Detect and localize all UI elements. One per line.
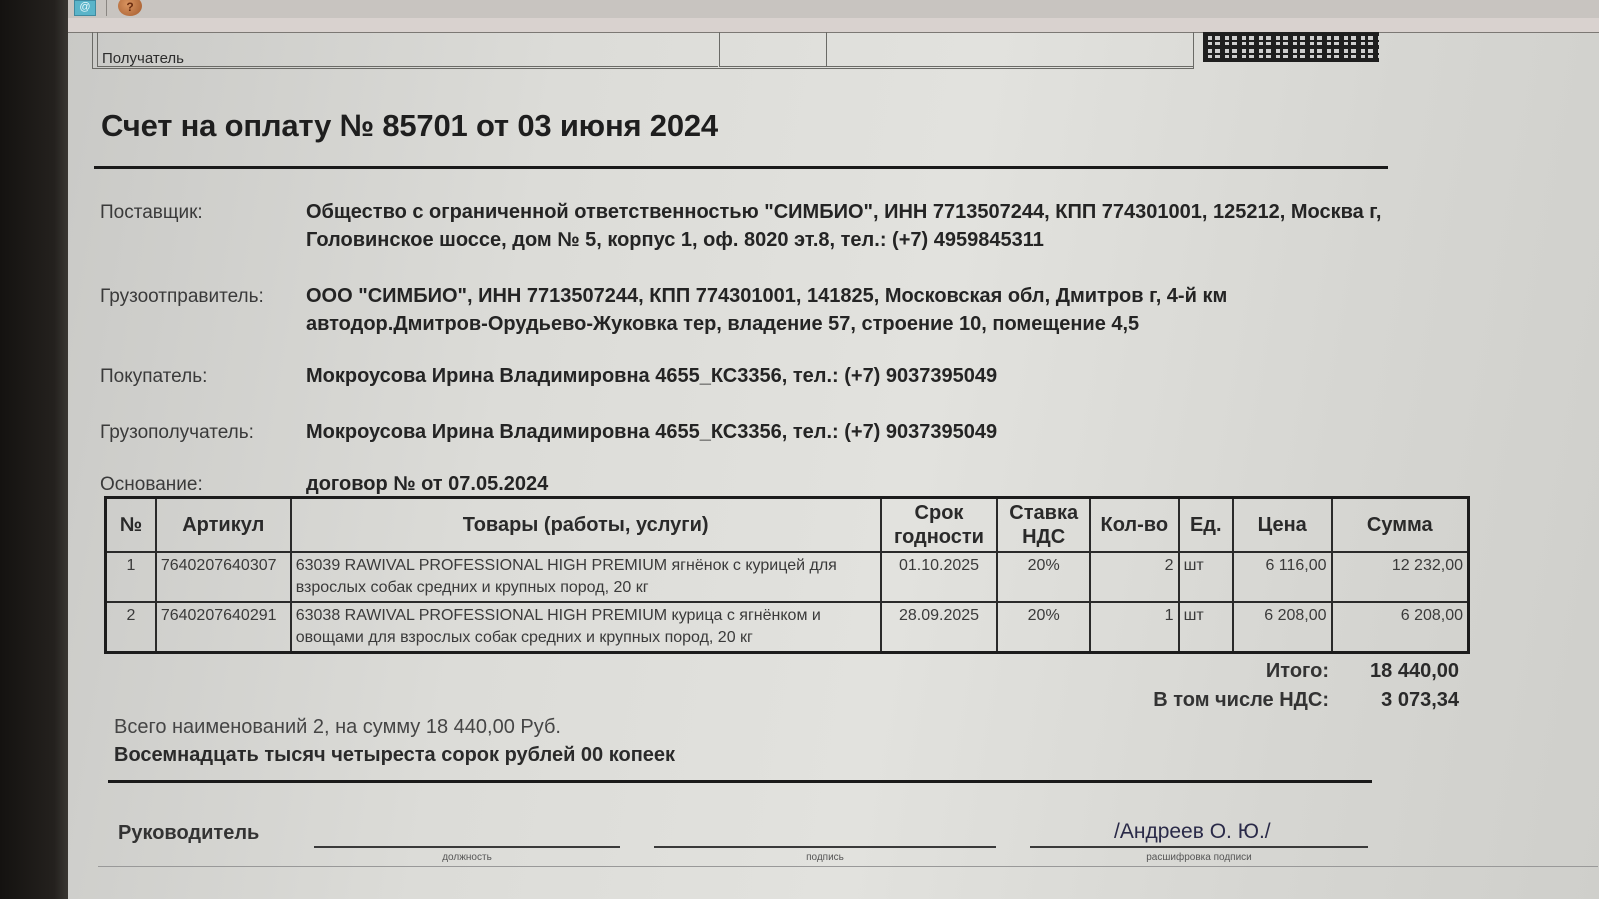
title-divider: [94, 166, 1388, 169]
director-label: Руководитель: [118, 822, 259, 845]
vat-value: 3 073,34: [1329, 689, 1459, 718]
supplier-label: Поставщик:: [100, 202, 203, 224]
toolbar: @ ?: [68, 0, 1599, 19]
total-row: Итого: 18 440,00: [1059, 660, 1459, 689]
total-value: 18 440,00: [1329, 660, 1459, 689]
table-row: 2 7640207640291 63038 RAWIVAL PROFESSION…: [106, 602, 1469, 653]
cell-article: 7640207640291: [156, 602, 291, 653]
consignee-value: Мокроусова Ирина Владимировна 4655_КС335…: [306, 418, 1386, 446]
cell-expiry: 01.10.2025: [881, 552, 998, 602]
table-header-row: № Артикул Товары (работы, услуги) Срок г…: [106, 498, 1469, 553]
recipient-bank-block: Получатель: [92, 32, 1194, 69]
cell-qty: 1: [1090, 602, 1179, 653]
amount-in-words: Восемнадцать тысяч четыреста сорок рубле…: [114, 744, 675, 767]
qr-code: [1203, 32, 1379, 62]
basis-label: Основание:: [100, 474, 203, 496]
header-unit: Ед.: [1179, 498, 1233, 553]
header-goods: Товары (работы, услуги): [291, 498, 881, 553]
decoding-line: [1030, 846, 1368, 848]
recipient-cell: Получатель: [97, 32, 718, 67]
shipper-value: ООО "СИМБИО", ИНН 7713507244, КПП 774301…: [306, 282, 1386, 338]
header-vat: Ставка НДС: [997, 498, 1090, 553]
cell-vat: 20%: [997, 552, 1090, 602]
email-icon[interactable]: @: [74, 0, 96, 16]
cell-expiry: 28.09.2025: [881, 602, 998, 653]
header-qty: Кол-во: [1090, 498, 1179, 553]
items-count-summary: Всего наименований 2, на сумму 18 440,00…: [114, 716, 561, 739]
help-icon[interactable]: ?: [118, 0, 142, 16]
cell-num: 1: [106, 552, 156, 602]
summary-divider: [108, 780, 1372, 783]
cell-num: 2: [106, 602, 156, 653]
toolbar-strip: [68, 18, 1599, 33]
basis-value: договор № от 07.05.2024: [306, 470, 1386, 498]
position-caption: должность: [314, 852, 620, 863]
header-expiry: Срок годности: [881, 498, 998, 553]
cell-sum: 6 208,00: [1332, 602, 1469, 653]
header-sum: Сумма: [1332, 498, 1469, 553]
shipper-label: Грузоотправитель:: [100, 286, 264, 308]
signature-caption: подпись: [654, 852, 996, 863]
invoice-window: @ ? Получатель Счет на оплату № 85701 от…: [68, 0, 1599, 899]
totals-block: Итого: 18 440,00 В том числе НДС: 3 073,…: [1059, 660, 1459, 718]
monitor-bezel: [0, 0, 68, 899]
cell-unit: шт: [1179, 602, 1233, 653]
cell-unit: шт: [1179, 552, 1233, 602]
vat-row: В том числе НДС: 3 073,34: [1059, 689, 1459, 718]
header-num: №: [106, 498, 156, 553]
cell-qty: 2: [1090, 552, 1179, 602]
vat-label: В том числе НДС:: [1069, 689, 1329, 718]
director-name: /Андреев О. Ю./: [1114, 820, 1271, 844]
cell-vat: 20%: [997, 602, 1090, 653]
invoice-title: Счет на оплату № 85701 от 03 июня 2024: [101, 108, 718, 144]
signature-line: [654, 846, 996, 848]
page-bottom-divider: [98, 866, 1598, 867]
cell-article: 7640207640307: [156, 552, 291, 602]
decoding-caption: расшифровка подписи: [1030, 852, 1368, 863]
position-line: [314, 846, 620, 848]
cell-sum: 12 232,00: [1332, 552, 1469, 602]
header-price: Цена: [1233, 498, 1332, 553]
cell-price: 6 208,00: [1233, 602, 1332, 653]
consignee-label: Грузополучатель:: [100, 422, 254, 444]
table-row: 1 7640207640307 63039 RAWIVAL PROFESSION…: [106, 552, 1469, 602]
cell-goods: 63039 RAWIVAL PROFESSIONAL HIGH PREMIUM …: [291, 552, 881, 602]
buyer-value: Мокроусова Ирина Владимировна 4655_КС335…: [306, 362, 1386, 390]
header-article: Артикул: [156, 498, 291, 553]
toolbar-separator: [106, 0, 107, 16]
supplier-value: Общество с ограниченной ответственностью…: [306, 198, 1386, 254]
items-table: № Артикул Товары (работы, услуги) Срок г…: [104, 496, 1470, 654]
recipient-label: Получатель: [102, 50, 184, 67]
bank-cell: [719, 32, 827, 67]
cell-price: 6 116,00: [1233, 552, 1332, 602]
total-label: Итого:: [1069, 660, 1329, 689]
buyer-label: Покупатель:: [100, 366, 207, 388]
cell-goods: 63038 RAWIVAL PROFESSIONAL HIGH PREMIUM …: [291, 602, 881, 653]
account-cell: [826, 32, 1193, 67]
